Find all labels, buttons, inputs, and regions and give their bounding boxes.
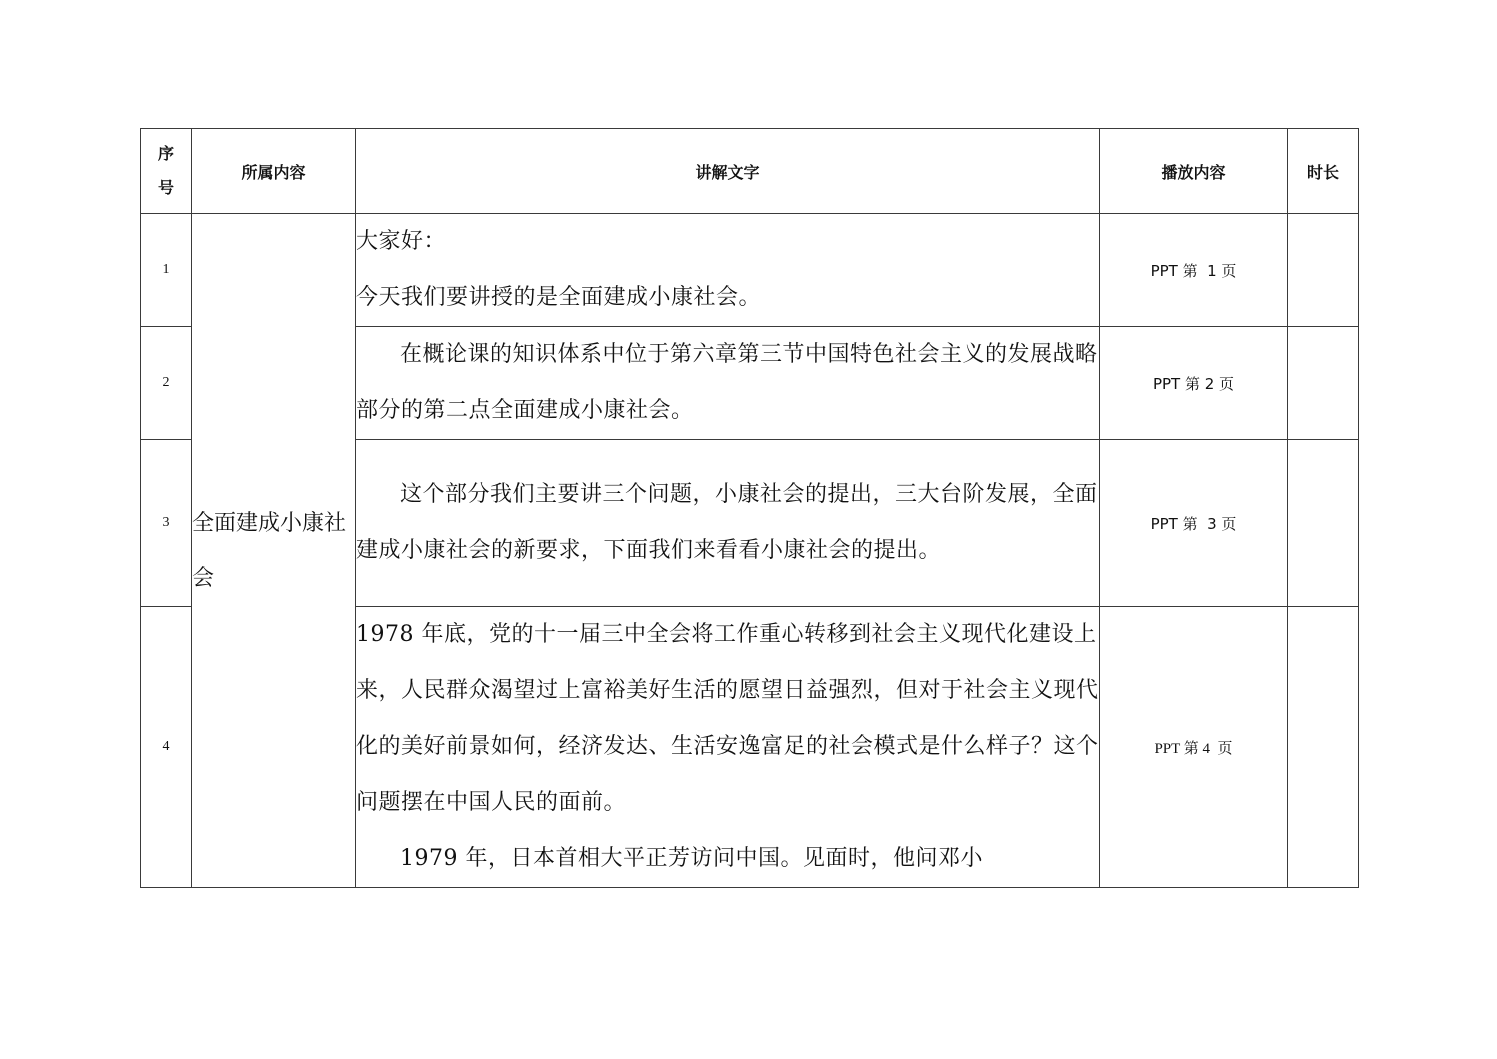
header-playback: 播放内容 <box>1100 129 1288 214</box>
duration-cell <box>1288 327 1359 440</box>
playback-cell: PPT 第 2 页 <box>1100 327 1288 440</box>
narration-paragraph: 大家好： <box>356 214 1099 270</box>
header-section: 所属内容 <box>192 129 356 214</box>
header-narration: 讲解文字 <box>356 129 1100 214</box>
narration-paragraph: 今天我们要讲授的是全面建成小康社会。 <box>356 270 1099 326</box>
row-number: 3 <box>141 440 192 607</box>
narration-cell: 在概论课的知识体系中位于第六章第三节中国特色社会主义的发展战略部分的第二点全面建… <box>356 327 1100 440</box>
header-seq: 序 号 <box>141 129 192 214</box>
row-number: 2 <box>141 327 192 440</box>
narration-paragraph: 这个部分我们主要讲三个问题，小康社会的提出，三大台阶发展，全面建成小康社会的新要… <box>356 467 1099 579</box>
header-row: 序 号 所属内容 讲解文字 播放内容 时长 <box>141 129 1359 214</box>
header-seq-line1: 序 <box>141 137 191 171</box>
narration-paragraph: 1978 年底，党的十一届三中全会将工作重心转移到社会主义现代化建设上来，人民群… <box>356 607 1099 831</box>
header-seq-line2: 号 <box>141 171 191 205</box>
narration-cell: 1978 年底，党的十一届三中全会将工作重心转移到社会主义现代化建设上来，人民群… <box>356 607 1100 888</box>
section-cell: 全面建成小康社会 <box>192 214 356 888</box>
header-duration: 时长 <box>1288 129 1359 214</box>
row-number: 1 <box>141 214 192 327</box>
playback-cell: PPT 第 4 页 <box>1100 607 1288 888</box>
playback-cell: PPT 第 1 页 <box>1100 214 1288 327</box>
narration-paragraph: 在概论课的知识体系中位于第六章第三节中国特色社会主义的发展战略部分的第二点全面建… <box>356 327 1099 439</box>
narration-cell: 大家好： 今天我们要讲授的是全面建成小康社会。 <box>356 214 1100 327</box>
row-number: 4 <box>141 607 192 888</box>
duration-cell <box>1288 607 1359 888</box>
duration-cell <box>1288 214 1359 327</box>
narration-paragraph: 1979 年，日本首相大平正芳访问中国。见面时，他问邓小 <box>356 831 1099 887</box>
lecture-script-table: 序 号 所属内容 讲解文字 播放内容 时长 1 全面建成小康社会 大家好： 今天… <box>140 128 1359 888</box>
table-row: 1 全面建成小康社会 大家好： 今天我们要讲授的是全面建成小康社会。 PPT 第… <box>141 214 1359 327</box>
duration-cell <box>1288 440 1359 607</box>
playback-cell: PPT 第 3 页 <box>1100 440 1288 607</box>
narration-cell: 这个部分我们主要讲三个问题，小康社会的提出，三大台阶发展，全面建成小康社会的新要… <box>356 440 1100 607</box>
